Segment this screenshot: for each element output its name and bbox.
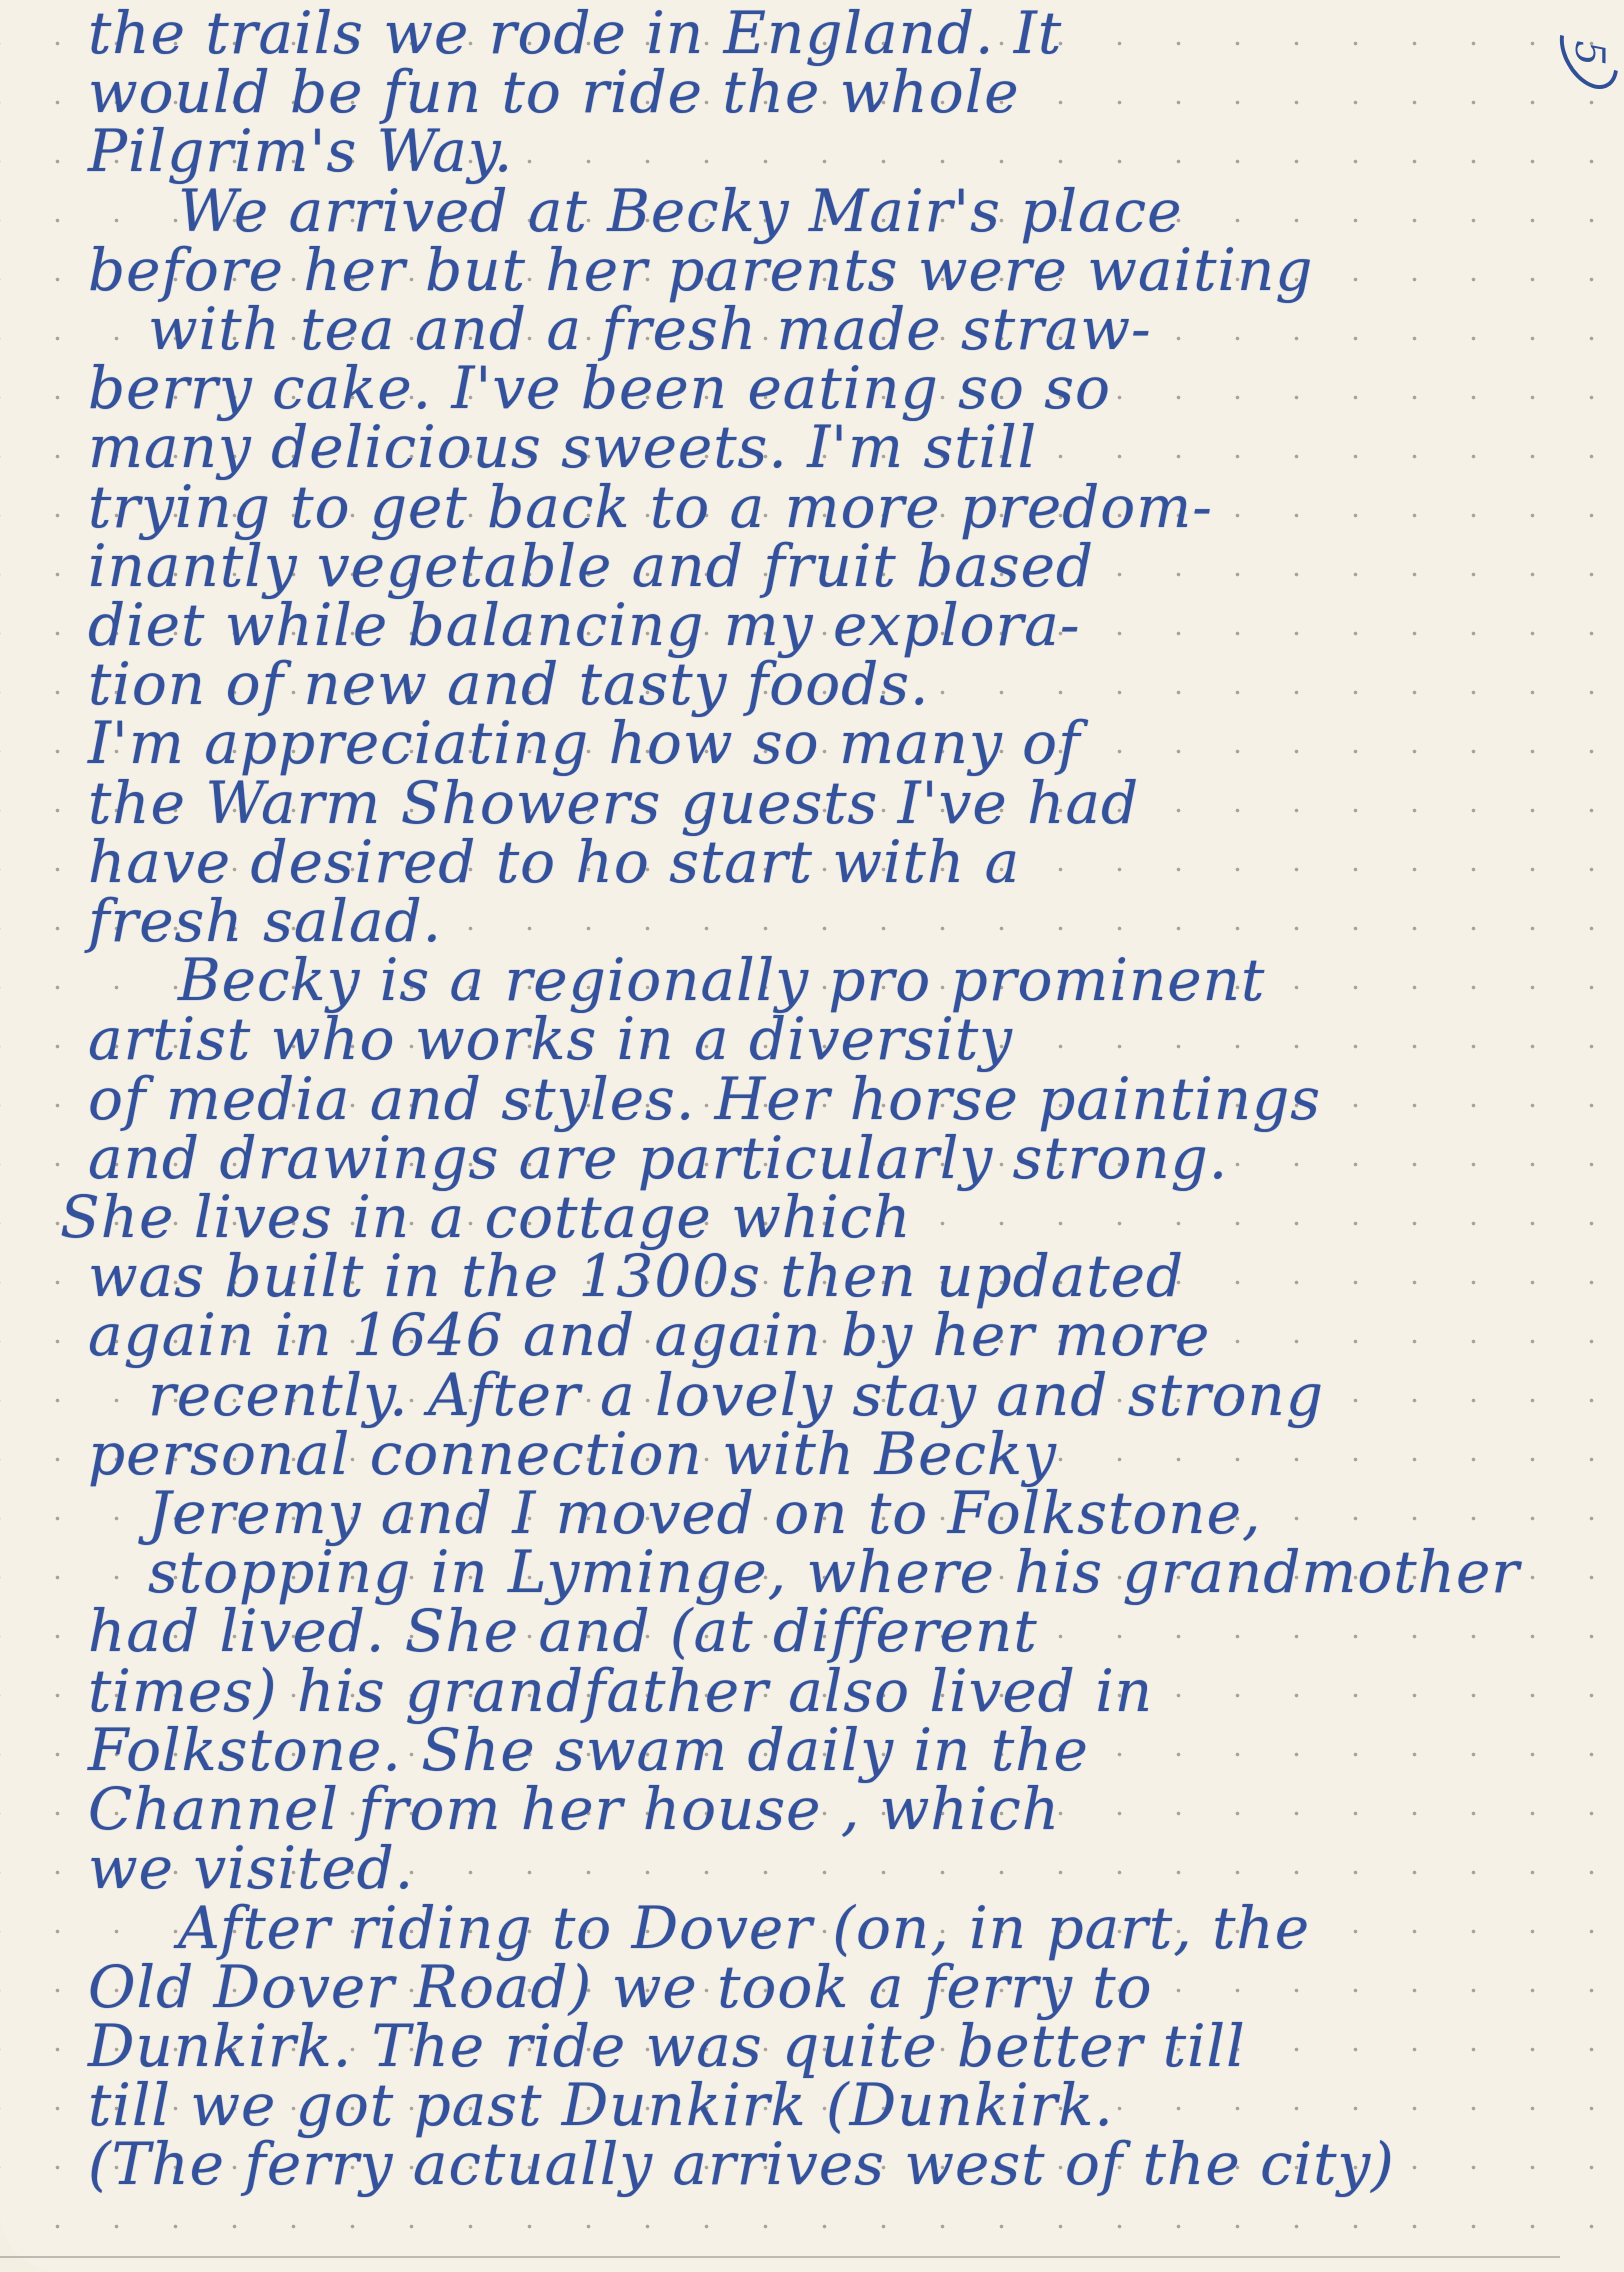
handwritten-line: till we got past Dunkirk (Dunkirk. [88, 2076, 1548, 2135]
handwritten-line: Old Dover Road) we took a ferry to [88, 1958, 1548, 2017]
handwritten-line: inantly vegetable and fruit based [88, 537, 1548, 596]
handwritten-line: had lived. She and (at different [88, 1602, 1548, 1661]
handwritten-line: (The ferry actually arrives west of the … [88, 2135, 1548, 2194]
handwritten-line: and drawings are particularly strong. [88, 1129, 1548, 1188]
notebook-page: 5 the trails we rode in England. Itwould… [0, 0, 1624, 2272]
handwritten-line: stopping in Lyminge, where his grandmoth… [88, 1543, 1548, 1602]
page-number-badge: 5 [1548, 7, 1624, 100]
handwritten-line: many delicious sweets. I'm still [88, 418, 1548, 477]
handwritten-line: artist who works in a diversity [88, 1010, 1548, 1069]
handwritten-line: After riding to Dover (on, in part, the [88, 1899, 1548, 1958]
handwritten-line: the trails we rode in England. It [88, 4, 1548, 63]
handwritten-line: Jeremy and I moved on to Folkstone, [88, 1484, 1548, 1543]
handwritten-line: would be fun to ride the whole [88, 63, 1548, 122]
handwritten-line: I'm appreciating how so many of [88, 714, 1548, 773]
handwritten-line: fresh salad. [88, 892, 1548, 951]
handwritten-line: again in 1646 and again by her more [88, 1306, 1548, 1365]
handwritten-line: recently. After a lovely stay and strong [88, 1366, 1548, 1425]
handwritten-line: Dunkirk. The ride was quite better till [88, 2017, 1548, 2076]
handwritten-line: we visited. [88, 1839, 1548, 1898]
handwritten-line: the Warm Showers guests I've had [88, 774, 1548, 833]
page-edge-shadow [0, 2256, 1560, 2258]
handwritten-line: with tea and a fresh made straw- [88, 300, 1548, 359]
handwritten-line: have desired to ho start with a [88, 833, 1548, 892]
handwritten-line: personal connection with Becky [88, 1425, 1548, 1484]
handwritten-line: Folkstone. She swam daily in the [88, 1721, 1548, 1780]
handwritten-line: berry cake. I've been eating so so [88, 359, 1548, 418]
handwritten-line: trying to get back to a more predom- [88, 478, 1548, 537]
page-number: 5 [1566, 40, 1612, 65]
handwritten-line: of media and styles. Her horse paintings [88, 1070, 1548, 1129]
handwritten-line: before her but her parents were waiting [88, 241, 1548, 300]
handwritten-line: She lives in a cottage which [60, 1188, 1548, 1247]
handwritten-line: times) his grandfather also lived in [88, 1662, 1548, 1721]
handwritten-line: was built in the 1300s then updated [88, 1247, 1548, 1306]
handwritten-line: Pilgrim's Way. [88, 122, 1548, 181]
handwritten-line: Channel from her house , which [88, 1780, 1548, 1839]
handwritten-line: diet while balancing my explora- [88, 596, 1548, 655]
handwritten-line: We arrived at Becky Mair's place [88, 182, 1548, 241]
handwritten-line: Becky is a regionally pro prominent [88, 951, 1548, 1010]
handwritten-journal-entry: the trails we rode in England. Itwould b… [88, 4, 1548, 2195]
handwritten-line: tion of new and tasty foods. [88, 655, 1548, 714]
